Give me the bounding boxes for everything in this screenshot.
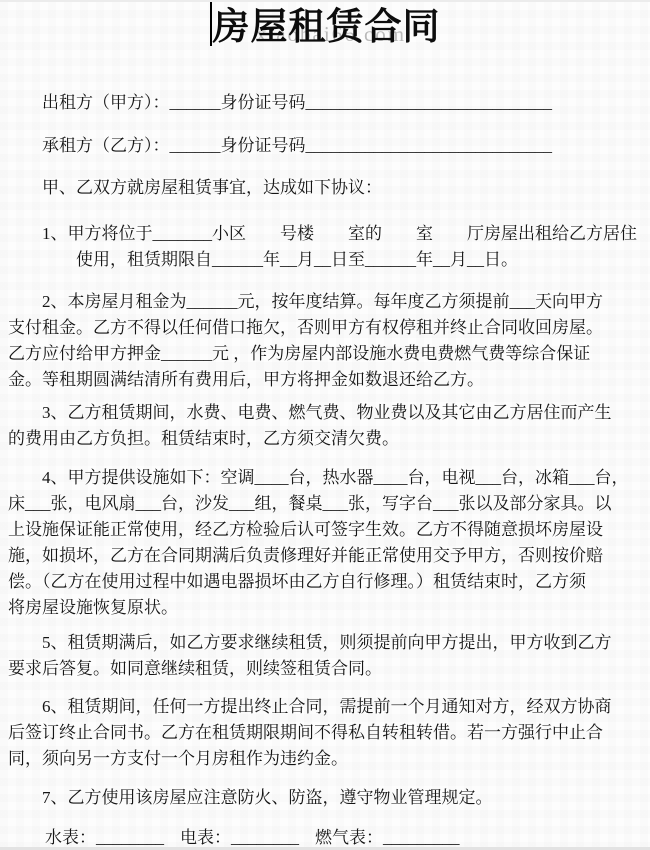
clause-line: 使用，租赁期限自______年__月__日至______年__月__日。 (8, 247, 642, 273)
clause-line: 1、甲方将位于_______小区 号楼 室的 室 厅房屋出租给乙方居住 (8, 221, 642, 247)
party-label: 承租方（乙方）： (8, 136, 170, 155)
clause-line: 将房屋设施恢复原状。 (8, 595, 642, 621)
meter-label: 水表： (45, 828, 96, 847)
text-cursor (210, 2, 212, 46)
clause-line: 4、甲方提供设施如下：空调____台，热水器____台，电视___台，冰箱___… (8, 465, 642, 491)
clause-line: 5、租赁期满后，如乙方要求继续租赁，则须提前向甲方提出，甲方收到乙方 (8, 630, 642, 656)
preamble-line: 甲、乙双方就房屋租赁事宜，达成如下协议： (8, 175, 642, 201)
clause-line: 后签订终止合同书。乙方在租赁期限期间不得私自转租转借。若一方强行中止合 (8, 720, 642, 746)
clause-2: 2、本房屋月租金为______元，按年度结算。每年度乙方须提前___天向甲方支付… (8, 289, 642, 393)
document-body: 出租方（甲方）：______身份证号码_____________________… (0, 90, 650, 850)
party-name-blank[interactable]: ______ (170, 136, 221, 155)
clause-5: 5、租赁期满后，如乙方要求继续租赁，则须提前向甲方提出，甲方收到乙方要求后答复。… (8, 630, 642, 682)
clause-3: 3、乙方租赁期间，水费、电费、燃气费、物业费以及其它由乙方居住而产生的费用由乙方… (8, 400, 642, 452)
clauses-section: 1、甲方将位于_______小区 号楼 室的 室 厅房屋出租给乙方居住 使用，租… (8, 221, 642, 811)
meter-item: 燃气表：_________ (315, 828, 460, 847)
clause-line: 7、乙方使用该房屋应注意防火、防盗，遵守物业管理规定。 (8, 785, 642, 811)
clause-line: 金。等租期圆满结清所有费用后，甲方将押金如数退还给乙方。 (8, 367, 642, 393)
clause-line: 2、本房屋月租金为______元，按年度结算。每年度乙方须提前___天向甲方 (8, 289, 642, 315)
document-header: xiaobai66.com 房屋租赁合同 (0, 0, 650, 58)
clause-line: 偿。（乙方在使用过程中如遇电器损坏由乙方自行修理。）租赁结束时，乙方须 (8, 569, 642, 595)
party-row-lessee: 承租方（乙方）：______身份证号码_____________________… (8, 133, 642, 159)
meter-blank[interactable]: ________ (231, 828, 299, 847)
clause-line: 床___张，电风扇___台，沙发___组，餐桌___张，写字台___张以及部分家… (8, 491, 642, 517)
meter-item: 电表：________ (180, 828, 299, 847)
party-name-blank[interactable]: ______ (170, 93, 221, 112)
meter-blank[interactable]: ________ (96, 828, 164, 847)
clause-line: 乙方应付给甲方押金______元 ，作为房屋内部设施水费电费燃气费等综合保证 (8, 341, 642, 367)
meter-label: 燃气表： (315, 828, 383, 847)
clause-line: 施，如损坏，乙方在合同期满后负责修理好并能正常使用交予甲方，否则按价赔 (8, 543, 642, 569)
clause-line: 3、乙方租赁期间，水费、电费、燃气费、物业费以及其它由乙方居住而产生 (8, 400, 642, 426)
clause-1: 1、甲方将位于_______小区 号楼 室的 室 厅房屋出租给乙方居住 使用，租… (8, 221, 642, 273)
party-row-lessor: 出租方（甲方）：______身份证号码_____________________… (8, 90, 642, 116)
document-title: 房屋租赁合同 (210, 2, 441, 52)
clause-line: 要求后答复。如同意继续租赁，则续签租赁合同。 (8, 656, 642, 682)
clause-line: 6、租赁期间，任何一方提出终止合同，需提前一个月通知对方，经双方协商 (8, 694, 642, 720)
contract-page[interactable]: xiaobai66.com 房屋租赁合同 出租方（甲方）：______身份证号码… (0, 0, 650, 850)
clause-line: 同，须向另一方支付一个月房租作为违约金。 (8, 746, 642, 772)
document-title-text: 房屋租赁合同 (213, 7, 441, 48)
id-label: 身份证号码 (221, 93, 306, 112)
clause-7: 7、乙方使用该房屋应注意防火、防盗，遵守物业管理规定。 (8, 785, 642, 811)
clause-6: 6、租赁期间，任何一方提出终止合同，需提前一个月通知对方，经双方协商后签订终止合… (8, 694, 642, 772)
meter-label: 电表： (180, 828, 231, 847)
clause-line: 的费用由乙方负担。租赁结束时，乙方须交清欠费。 (8, 426, 642, 452)
clause-line: 支付租金。乙方不得以任何借口拖欠，否则甲方有权停租并终止合同收回房屋。 (8, 315, 642, 341)
clause-line: 上设施保证能正常使用，经乙方检验后认可签字生效。乙方不得随意损坏房屋设 (8, 517, 642, 543)
meter-item: 水表：________ (45, 828, 164, 847)
clause-4: 4、甲方提供设施如下：空调____台，热水器____台，电视___台，冰箱___… (8, 465, 642, 621)
id-number-blank[interactable]: _____________________________ (306, 136, 553, 155)
meter-blank[interactable]: _________ (383, 828, 460, 847)
id-number-blank[interactable]: _____________________________ (306, 93, 553, 112)
id-label: 身份证号码 (221, 136, 306, 155)
party-label: 出租方（甲方）： (8, 93, 170, 112)
